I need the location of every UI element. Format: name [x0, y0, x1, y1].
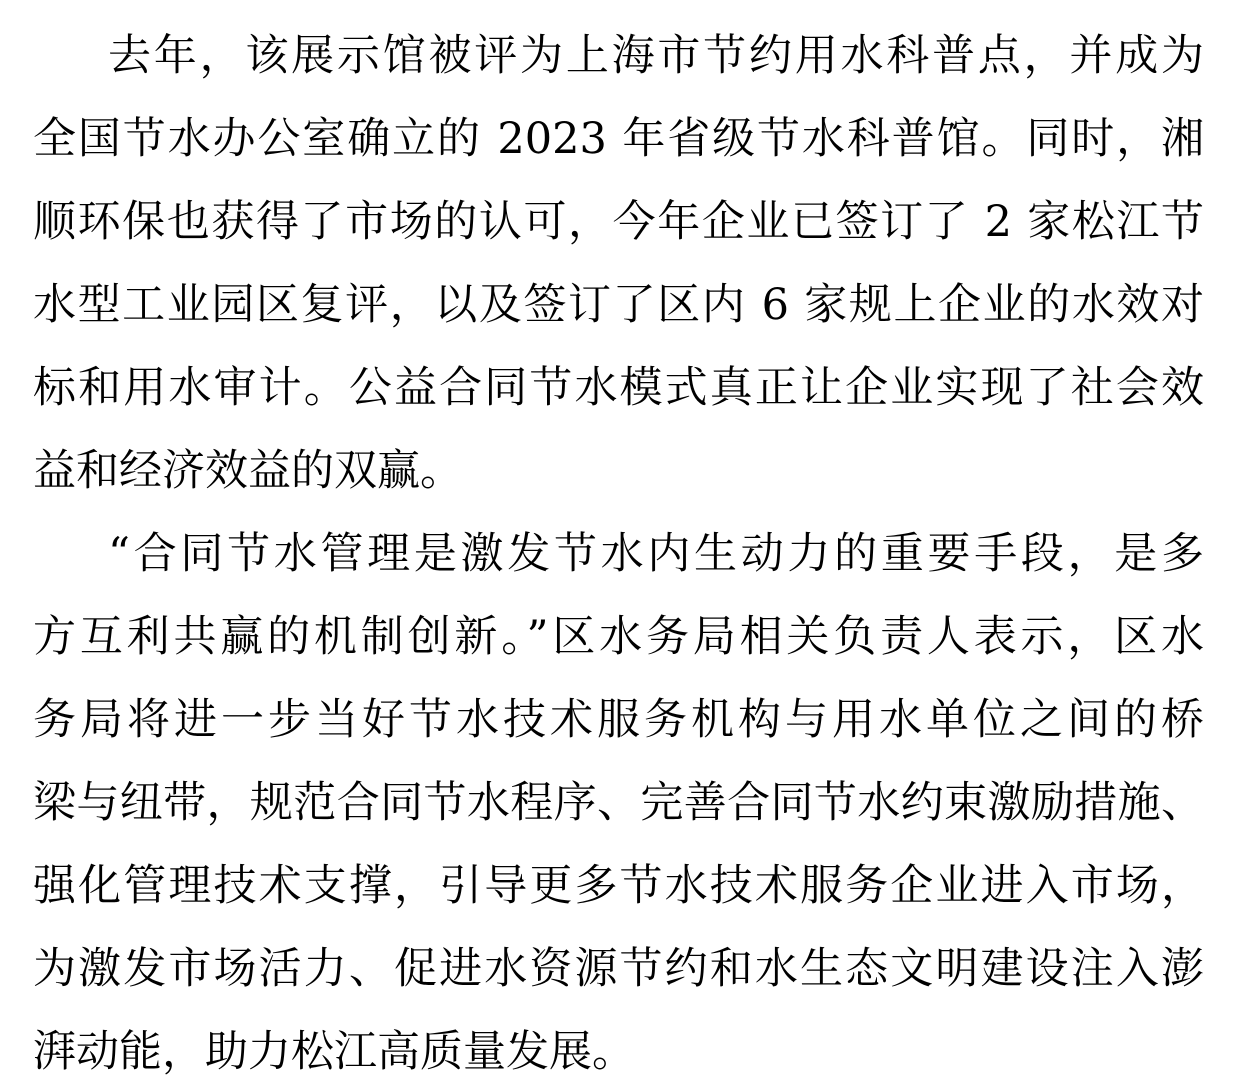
text-line: 为激发市场活力、促进水资源节约和水生态文明建设注入澎 [33, 928, 1204, 1011]
text-line: 益和经济效益的双赢。 [33, 430, 1204, 513]
paragraph-bureau-statement: “合同节水管理是激发节水内生动力的重要手段，是多方互利共赢的机制创新。”区水务局… [33, 513, 1204, 1091]
text-line: “合同节水管理是激发节水内生动力的重要手段，是多 [33, 513, 1204, 596]
text-line: 标和用水审计。公益合同节水模式真正让企业实现了社会效 [33, 347, 1204, 430]
text-line: 强化管理技术支撑，引导更多节水技术服务企业进入市场， [33, 845, 1204, 928]
text-line: 方互利共赢的机制创新。”区水务局相关负责人表示，区水 [33, 596, 1204, 679]
text-line: 梁与纽带，规范合同节水程序、完善合同节水约束激励措施、 [33, 762, 1204, 845]
document-page: 去年，该展示馆被评为上海市节约用水科普点，并成为全国节水办公室确立的 2023 … [0, 0, 1237, 1091]
paragraph-water-saving-awards: 去年，该展示馆被评为上海市节约用水科普点，并成为全国节水办公室确立的 2023 … [33, 15, 1204, 513]
text-line: 顺环保也获得了市场的认可，今年企业已签订了 2 家松江节 [33, 181, 1204, 264]
text-line: 务局将进一步当好节水技术服务机构与用水单位之间的桥 [33, 679, 1204, 762]
text-line: 全国节水办公室确立的 2023 年省级节水科普馆。同时，湘 [33, 98, 1204, 181]
text-line: 水型工业园区复评，以及签订了区内 6 家规上企业的水效对 [33, 264, 1204, 347]
text-line: 湃动能，助力松江高质量发展。 [33, 1011, 1204, 1091]
text-line: 去年，该展示馆被评为上海市节约用水科普点，并成为 [33, 15, 1204, 98]
